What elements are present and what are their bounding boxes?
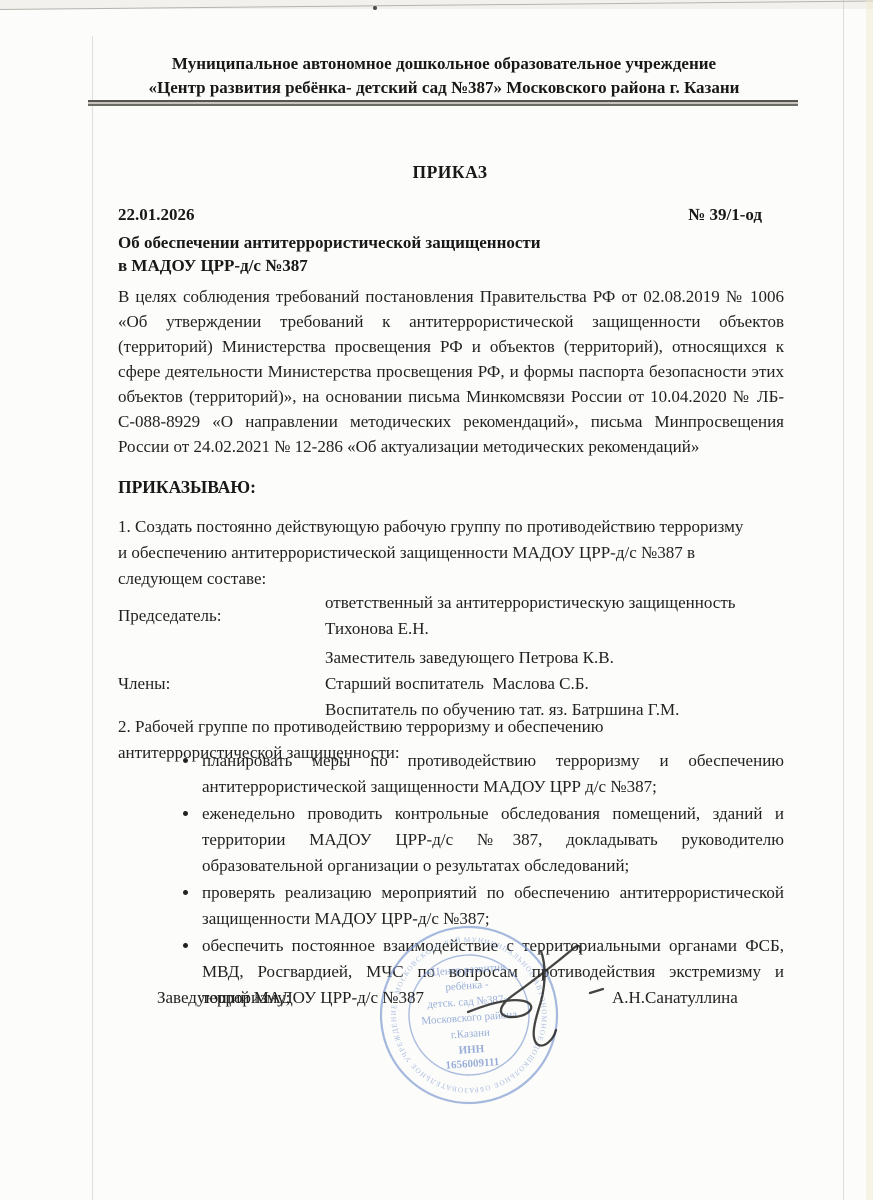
scanned-order-document: Муниципальное автономное дошкольное обра…: [0, 0, 873, 1200]
handwritten-signature: [450, 930, 620, 1055]
document-date: 22.01.2026: [118, 205, 195, 225]
header-double-rule: [88, 100, 798, 106]
preamble-paragraph: В целях соблюдения требований постановле…: [118, 284, 784, 459]
scan-dot-artifact: [373, 6, 377, 10]
working-group-roster: Председатель: ответственный за антитерро…: [118, 590, 784, 726]
roster-value: ответственный за антитеррористическую за…: [325, 590, 784, 616]
roster-row-members: Члены: Заместитель заведующего Петрова К…: [118, 645, 784, 723]
signature-position-title: Заведующий МАДОУ ЦРР-д/с №387: [157, 988, 424, 1008]
roster-label-chairman: Председатель:: [118, 603, 325, 629]
scan-right-line: [843, 0, 844, 1200]
document-title: ПРИКАЗ: [118, 162, 782, 183]
org-header-line1: Муниципальное автономное дошкольное обра…: [88, 52, 800, 76]
scan-fold-line: [92, 36, 93, 1200]
roster-values-chairman: ответственный за антитеррористическую за…: [325, 590, 784, 642]
date-number-row: 22.01.2026 № 39/1-од: [118, 205, 778, 225]
signature-name: А.Н.Санатуллина: [612, 988, 738, 1008]
roster-value: Старший воспитатель Маслова С.Б.: [325, 671, 784, 697]
bullet-item: планировать меры по противодействию терр…: [200, 748, 784, 800]
roster-label-members: Члены:: [118, 671, 325, 697]
roster-row-chairman: Председатель: ответственный за антитерро…: [118, 590, 784, 642]
order-item-1: 1. Создать постоянно действующую рабочую…: [118, 514, 788, 592]
roster-values-members: Заместитель заведующего Петрова К.В. Ста…: [325, 645, 784, 723]
roster-value: Тихонова Е.Н.: [325, 616, 784, 642]
roster-value: Заместитель заведующего Петрова К.В.: [325, 645, 784, 671]
order-word: ПРИКАЗЫВАЮ:: [118, 477, 256, 498]
document-subject: Об обеспечении антитеррористической защи…: [118, 231, 782, 277]
document-number: № 39/1-од: [688, 205, 762, 225]
stamp-line: 1656009111: [445, 1056, 500, 1072]
org-header-line2: «Центр развития ребёнка- детский сад №38…: [88, 76, 800, 100]
scan-right-edge-tint: [866, 0, 873, 1200]
bullet-item: еженедельно проводить контрольные обслед…: [200, 801, 784, 879]
org-header: Муниципальное автономное дошкольное обра…: [88, 52, 800, 100]
